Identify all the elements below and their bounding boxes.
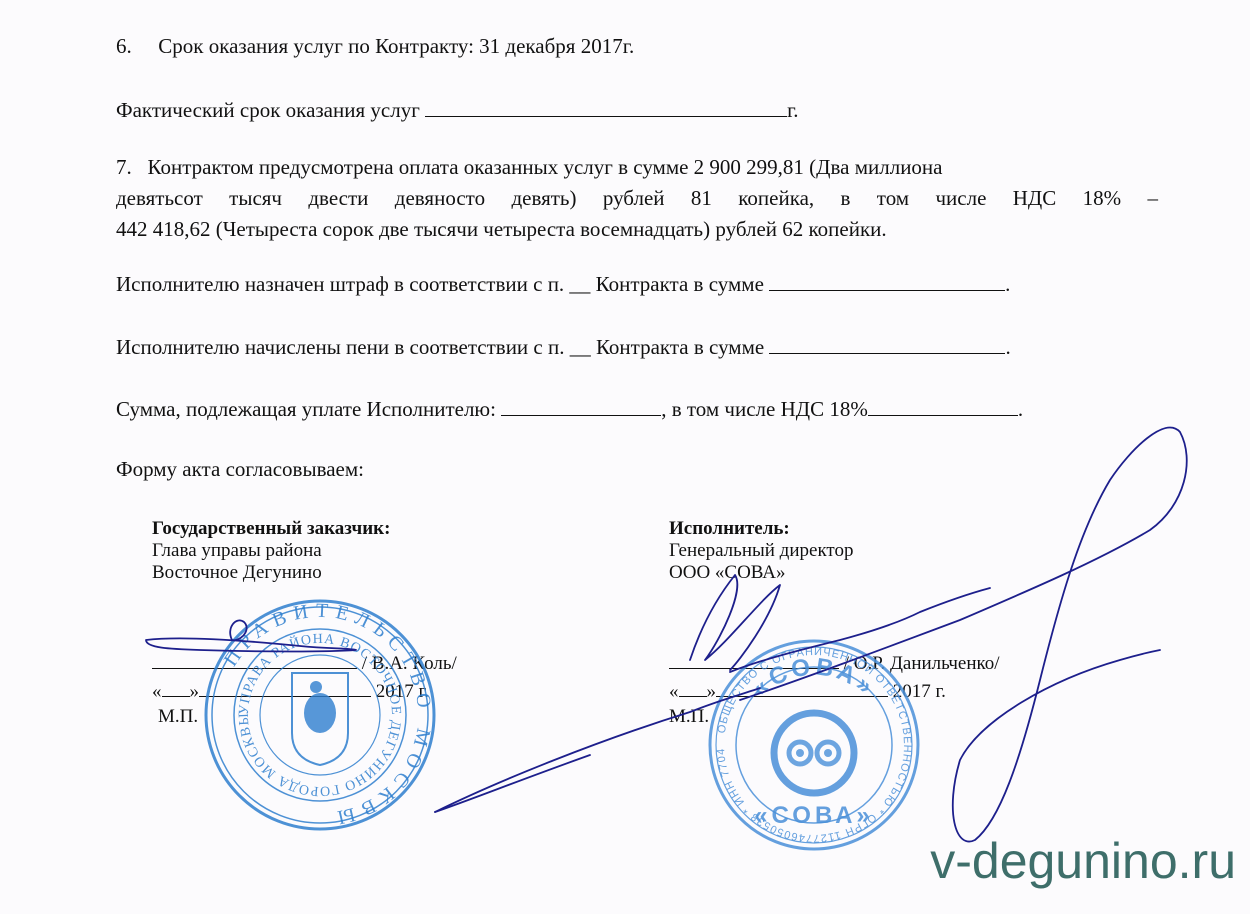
customer-day-blank — [162, 680, 190, 697]
payable-line: Сумма, подлежащая уплате Исполнителю: , … — [116, 395, 1023, 422]
payable-label: Сумма, подлежащая уплате Исполнителю: — [116, 397, 496, 421]
site-watermark: v-degunino.ru — [930, 832, 1236, 890]
fine-period: . — [1005, 272, 1010, 296]
customer-stamp: ПРАВИТЕЛЬСТВО МОСКВЫ УПРАВА РАЙОНА ВОСТО… — [200, 595, 440, 835]
section-7-text-1: Контрактом предусмотрена оплата оказанны… — [148, 155, 943, 179]
contractor-date-open: « — [669, 681, 679, 702]
contractor-heading: Исполнитель: — [669, 518, 853, 540]
actual-term-label: Фактический срок оказания услуг — [116, 98, 420, 122]
peni-period: . — [1005, 335, 1010, 359]
customer-heading: Государственный заказчик: — [152, 518, 390, 540]
peni-line: Исполнителю назначен штраф в соответстви… — [116, 333, 1011, 360]
peni-blank — [769, 333, 1005, 354]
fine-line: Исполнителю назначен штраф в соответстви… — [116, 270, 1010, 297]
vat-blank — [868, 395, 1018, 416]
actual-term-line: Фактический срок оказания услуг г. — [116, 96, 799, 123]
contractor-day-blank — [679, 680, 707, 697]
document-page: 6. Срок оказания услуг по Контракту: 31 … — [0, 0, 1250, 914]
peni-text: Исполнителю начислены пени в соответстви… — [116, 335, 764, 359]
customer-role: Глава управы района — [152, 540, 390, 562]
section-6: 6. Срок оказания услуг по Контракту: 31 … — [116, 33, 634, 59]
customer-seal-mark: М.П. — [158, 706, 198, 728]
actual-term-blank — [425, 96, 787, 117]
payable-period: . — [1018, 397, 1023, 421]
actual-term-suffix: г. — [787, 98, 799, 122]
section-6-text: Срок оказания услуг по Контракту: 31 дек… — [158, 34, 634, 58]
customer-date-open: « — [152, 681, 162, 702]
section-7-number: 7. — [116, 155, 132, 179]
fine-text: Исполнителю назначен штраф в соответстви… — [116, 272, 764, 296]
section-7-line-1: 7. Контрактом предусмотрена оплата оказа… — [116, 152, 1158, 183]
contractor-org: ООО «СОВА» — [669, 562, 853, 584]
contractor-stamp-bottom-name: «СОВА» — [754, 802, 874, 829]
customer-date-close: » — [190, 681, 200, 702]
fine-blank — [769, 270, 1005, 291]
section-7-line-2: девятьсот тысяч двести девяносто девять)… — [116, 183, 1158, 214]
section-7-line-3: 442 418,62 (Четыреста сорок две тысячи ч… — [116, 214, 1158, 245]
agreement-line: Форму акта согласовываем: — [116, 456, 364, 482]
contractor-role: Генеральный директор — [669, 540, 853, 562]
section-6-number: 6. — [116, 34, 132, 58]
customer-org: Восточное Дегунино — [152, 562, 390, 584]
contractor-stamp: ОБЩЕСТВО С ОГРАНИЧЕННОЙ ОТВЕТСТВЕННОСТЬЮ… — [704, 635, 924, 855]
customer-block: Государственный заказчик: Глава управы р… — [152, 518, 390, 584]
contractor-block: Исполнитель: Генеральный директор ООО «С… — [669, 518, 853, 584]
payable-blank — [501, 395, 661, 416]
vat-label: , в том числе НДС 18% — [661, 397, 868, 421]
